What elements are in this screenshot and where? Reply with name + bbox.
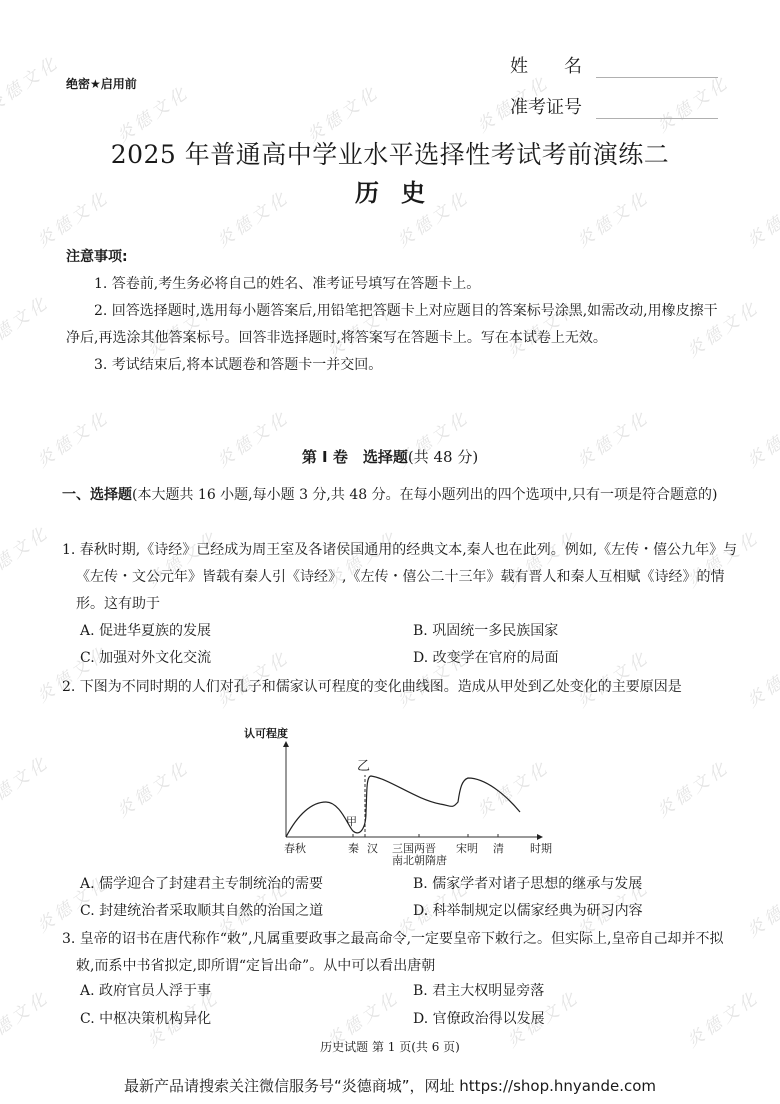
x-axis-label: 时期 bbox=[530, 840, 552, 856]
q2-option-c[interactable]: C. 封建统治者采取顺其自然的治国之道 bbox=[80, 900, 323, 920]
tick-chunqiu: 春秋 bbox=[284, 840, 306, 856]
instruction-text: (本大题共 16 小题,每小题 3 分,共 48 分。在每小题列出的四个选项中,… bbox=[132, 487, 718, 503]
watermark: 炎德文化 bbox=[0, 748, 54, 817]
q2-option-b[interactable]: B. 儒家学者对诸子思想的继承与发展 bbox=[413, 873, 642, 893]
q1-option-c[interactable]: C. 加强对外文化交流 bbox=[80, 647, 211, 667]
notice-item-2: 2. 回答选择题时,选用每小题答案后,用铅笔把答题卡上对应题目的答案标号涂黑,如… bbox=[66, 298, 718, 352]
section-title: 第 Ⅰ 卷 选择题(共 48 分) bbox=[0, 446, 780, 467]
notice-item-3: 3. 考试结束后,将本试题卷和答题卡一并交回。 bbox=[66, 352, 718, 379]
q3-option-b[interactable]: B. 君主大权明显旁落 bbox=[413, 980, 544, 1000]
watermark: 炎德文化 bbox=[740, 643, 780, 712]
tick-han: 汉 bbox=[367, 840, 378, 856]
q2-option-d[interactable]: D. 科举制规定以儒家经典为研习内容 bbox=[413, 900, 643, 920]
exam-id-label: 准考证号 bbox=[510, 93, 594, 119]
section-instruction: 一、选择题(本大题共 16 小题,每小题 3 分,共 48 分。在每小题列出的四… bbox=[62, 482, 726, 509]
q3-option-c[interactable]: C. 中枢决策机构异化 bbox=[80, 1008, 211, 1028]
exam-id-blank[interactable] bbox=[596, 98, 718, 119]
notice-section: 注意事项: 1. 答卷前,考生务必将自己的姓名、准考证号填写在答题卡上。 2. … bbox=[66, 244, 718, 379]
question-3-stem: 3. 皇帝的诏书在唐代称作“敕”,凡属重要政事之最高命令,一定要皇帝下敕行之。但… bbox=[62, 926, 740, 980]
notice-heading: 注意事项: bbox=[66, 244, 718, 271]
q1-option-d[interactable]: D. 改变学在官府的局面 bbox=[413, 647, 559, 667]
watermark: 炎德文化 bbox=[650, 753, 733, 822]
y-axis-label: 认可程度 bbox=[244, 725, 288, 741]
watermark: 炎德文化 bbox=[0, 518, 54, 587]
q3-option-a[interactable]: A. 政府官员人浮于事 bbox=[80, 980, 211, 1000]
tick-songming: 宋明 bbox=[456, 840, 478, 856]
exam-id-field: 准考证号 bbox=[510, 93, 718, 119]
footer-advertisement: 最新产品请搜索关注微信服务号“炎德商城”，网址 https://shop.hny… bbox=[0, 1075, 780, 1096]
q1-option-a[interactable]: A. 促进华夏族的发展 bbox=[80, 620, 211, 640]
label-jia: 甲 bbox=[346, 813, 357, 829]
watermark: 炎德文化 bbox=[110, 753, 193, 822]
name-label: 姓 名 bbox=[510, 52, 594, 78]
section-title-score: (共 48 分) bbox=[408, 448, 478, 466]
instruction-label: 一、选择题 bbox=[62, 487, 132, 503]
watermark: 炎德文化 bbox=[0, 288, 54, 357]
name-blank[interactable] bbox=[596, 57, 718, 78]
watermark: 炎德文化 bbox=[740, 873, 780, 942]
exam-title: 2025 年普通高中学业水平选择性考试考前演练二 bbox=[0, 135, 780, 171]
label-yi: 乙 bbox=[357, 755, 370, 774]
tick-nanbeichao-suitang: 南北朝隋唐 bbox=[392, 852, 447, 868]
q1-option-b[interactable]: B. 巩固统一多民族国家 bbox=[413, 620, 558, 640]
tick-qin: 秦 bbox=[348, 840, 359, 856]
recognition-curve bbox=[286, 776, 520, 837]
subject-title: 历史 bbox=[0, 173, 780, 208]
question-2-stem: 2. 下图为不同时期的人们对孔子和儒家认可程度的变化曲线图。造成从甲处到乙处变化… bbox=[62, 674, 740, 701]
notice-item-1: 1. 答卷前,考生务必将自己的姓名、准考证号填写在答题卡上。 bbox=[66, 271, 718, 298]
section-title-main: 第 Ⅰ 卷 选择题 bbox=[302, 448, 408, 466]
q3-option-d[interactable]: D. 官僚政治得以发展 bbox=[413, 1008, 545, 1028]
q2-option-a[interactable]: A. 儒学迎合了封建君主专制统治的需要 bbox=[80, 873, 323, 893]
secret-label: 绝密★启用前 bbox=[66, 75, 137, 92]
question-1-stem: 1. 春秋时期,《诗经》已经成为周王室及各诸侯国通用的经典文本,秦人也在此列。例… bbox=[62, 537, 740, 618]
recognition-curve-chart: 认可程度 乙 甲 春秋 秦 汉 三国两晋 南北朝隋唐 宋明 清 时期 bbox=[240, 724, 560, 868]
page-number: 历史试题 第 1 页(共 6 页) bbox=[0, 1038, 780, 1055]
name-field: 姓 名 bbox=[510, 52, 718, 78]
tick-qing: 清 bbox=[493, 840, 504, 856]
watermark: 炎德文化 bbox=[0, 48, 64, 117]
